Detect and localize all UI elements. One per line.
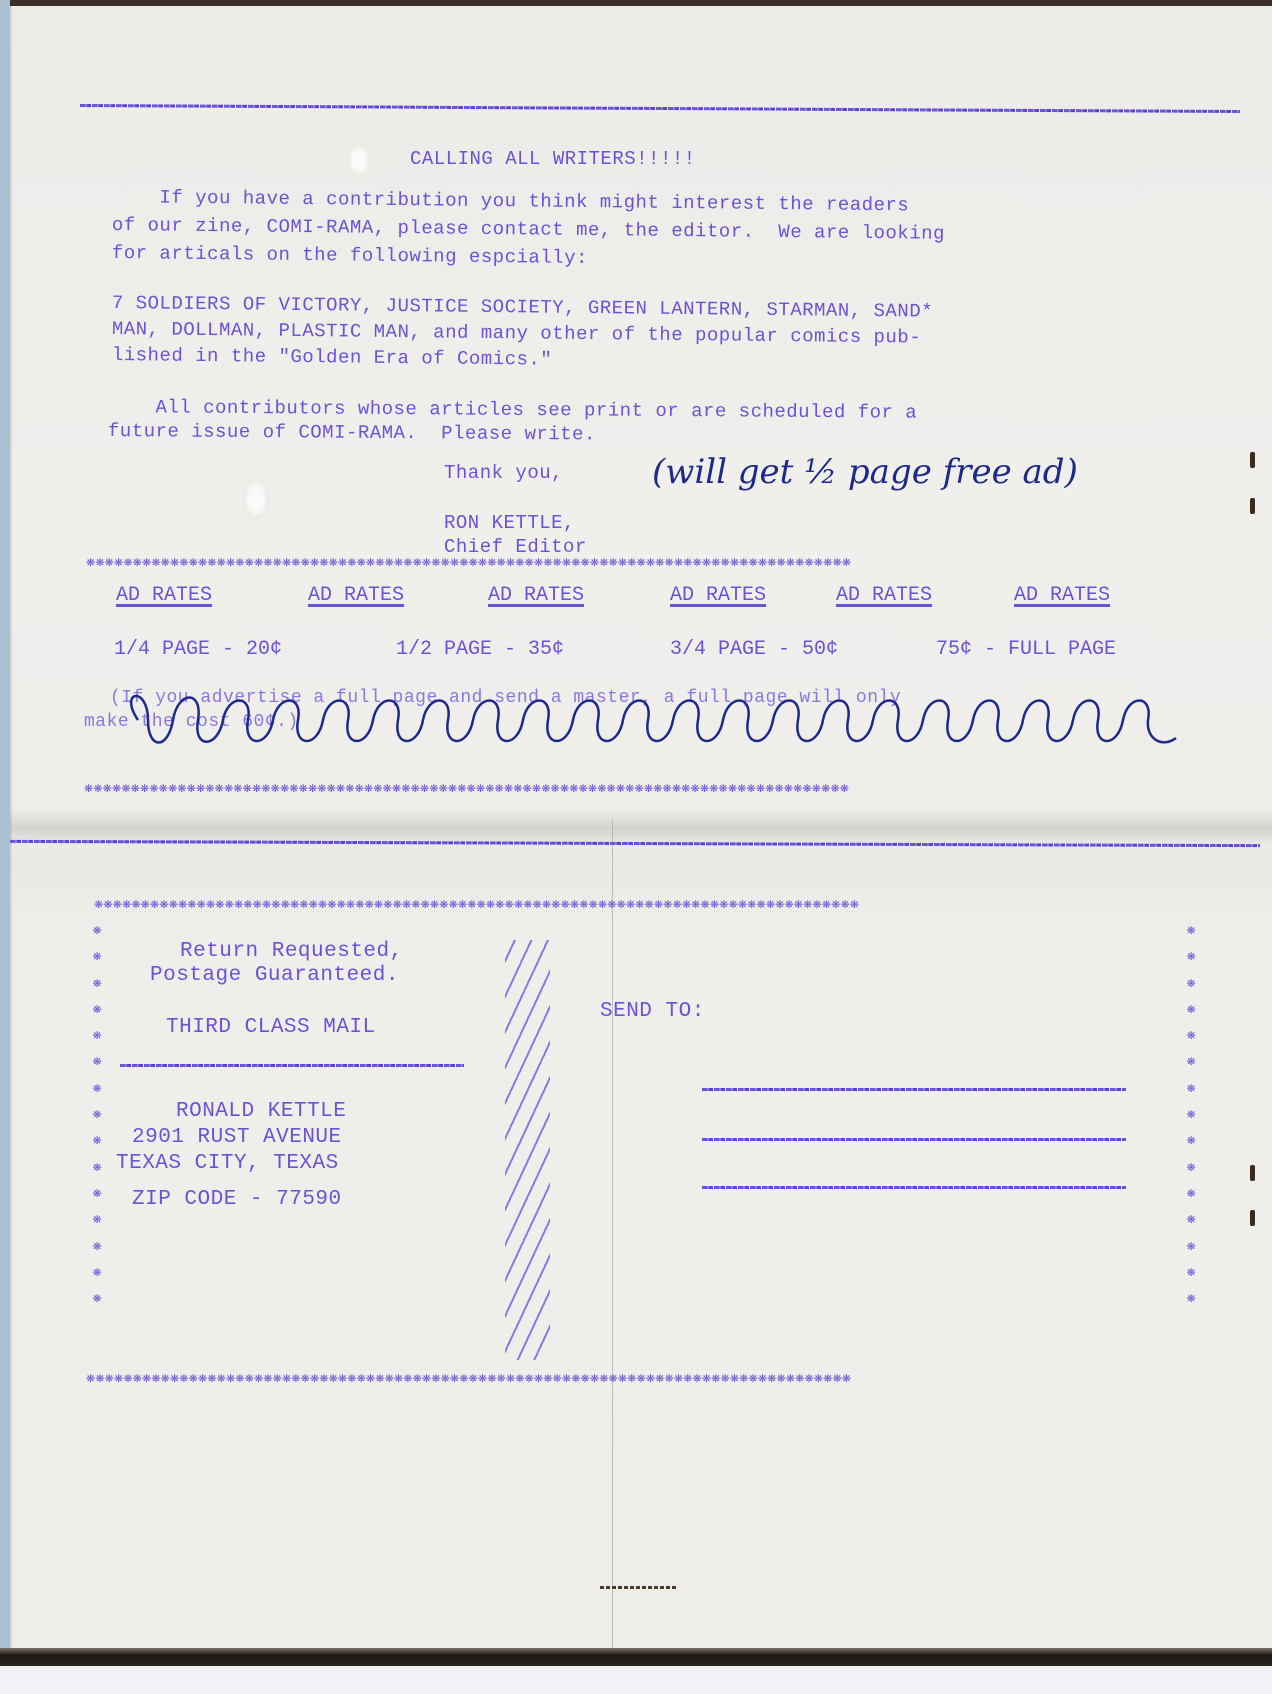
ad-rates-header-2: AD RATES (308, 584, 404, 607)
star-border-row: ❋❋❋❋❋❋❋❋❋❋❋❋❋❋❋❋❋❋❋❋❋❋❋❋❋❋❋❋❋❋❋❋❋❋❋❋❋❋❋❋… (86, 552, 1191, 571)
sender-city: TEXAS CITY, TEXAS (116, 1152, 339, 1175)
price-full-page: 75¢ - FULL PAGE (936, 638, 1116, 661)
postage-guaranteed: Postage Guaranteed. (150, 964, 399, 987)
staple-mark (1250, 498, 1255, 514)
scan-background (0, 1666, 1272, 1694)
return-address-rule (120, 1064, 464, 1067)
star-border-row: ❋❋❋❋❋❋❋❋❋❋❋❋❋❋❋❋❋❋❋❋❋❋❋❋❋❋❋❋❋❋❋❋❋❋❋❋❋❋❋❋… (84, 778, 1192, 797)
mailer-border-top: ❋❋❋❋❋❋❋❋❋❋❋❋❋❋❋❋❋❋❋❋❋❋❋❋❋❋❋❋❋❋❋❋❋❋❋❋❋❋❋❋… (94, 894, 1194, 913)
mail-class: THIRD CLASS MAIL (166, 1016, 376, 1039)
address-line-2 (702, 1138, 1126, 1141)
address-line-3 (702, 1186, 1126, 1189)
ad-rates-header-5: AD RATES (836, 584, 932, 607)
punch-hole (348, 143, 370, 177)
address-line-1 (702, 1088, 1126, 1091)
sender-name: RONALD KETTLE (176, 1100, 346, 1123)
punch-hole (243, 478, 269, 520)
mailer-border-bottom: ❋❋❋❋❋❋❋❋❋❋❋❋❋❋❋❋❋❋❋❋❋❋❋❋❋❋❋❋❋❋❋❋❋❋❋❋❋❋❋❋… (86, 1368, 1194, 1387)
paragraph-3-line-2: future issue of COMI-RAMA. Please write. (108, 420, 596, 445)
return-requested: Return Requested, (180, 940, 403, 963)
handwritten-note: (will get ½ page free ad) (652, 452, 1078, 492)
signature-name: RON KETTLE, (444, 512, 575, 534)
scan-left-edge (0, 0, 10, 1660)
paragraph-2-line-3: lished in the "Golden Era of Comics." (112, 344, 553, 371)
mailer-border-right: ❋ ❋ ❋ ❋ ❋ ❋ ❋ ❋ ❋ ❋ ❋ ❋ ❋ ❋ ❋ (1182, 918, 1200, 1312)
sender-street: 2901 RUST AVENUE (132, 1126, 342, 1149)
page-top-edge (10, 0, 1272, 6)
sender-zip: ZIP CODE - 77590 (132, 1188, 342, 1211)
staple-mark (1250, 452, 1255, 468)
section-title: CALLING ALL WRITERS!!!!! (410, 148, 696, 170)
bottom-ink-mark (600, 1586, 678, 1589)
vertical-crease (612, 820, 613, 1650)
mailer-border-left: ❋ ❋ ❋ ❋ ❋ ❋ ❋ ❋ ❋ ❋ ❋ ❋ ❋ ❋ ❋ (88, 918, 106, 1312)
ad-rates-header-4: AD RATES (670, 584, 766, 607)
ad-rates-header-6: AD RATES (1014, 584, 1110, 607)
price-half-page: 1/2 PAGE - 35¢ (396, 638, 564, 661)
price-quarter-page: 1/4 PAGE - 20¢ (114, 638, 282, 661)
send-to-label: SEND TO: (600, 1000, 705, 1023)
stamp-hatch-marks (505, 940, 550, 1360)
handwritten-strikethrough-scribble (118, 690, 1178, 750)
closing-text: Thank you, (444, 462, 563, 484)
page-bottom-edge (0, 1648, 1272, 1666)
staple-mark (1250, 1165, 1255, 1181)
ad-rates-header-1: AD RATES (116, 584, 212, 607)
staple-mark (1250, 1210, 1255, 1226)
price-three-quarter-page: 3/4 PAGE - 50¢ (670, 638, 838, 661)
ad-rates-header-3: AD RATES (488, 584, 584, 607)
